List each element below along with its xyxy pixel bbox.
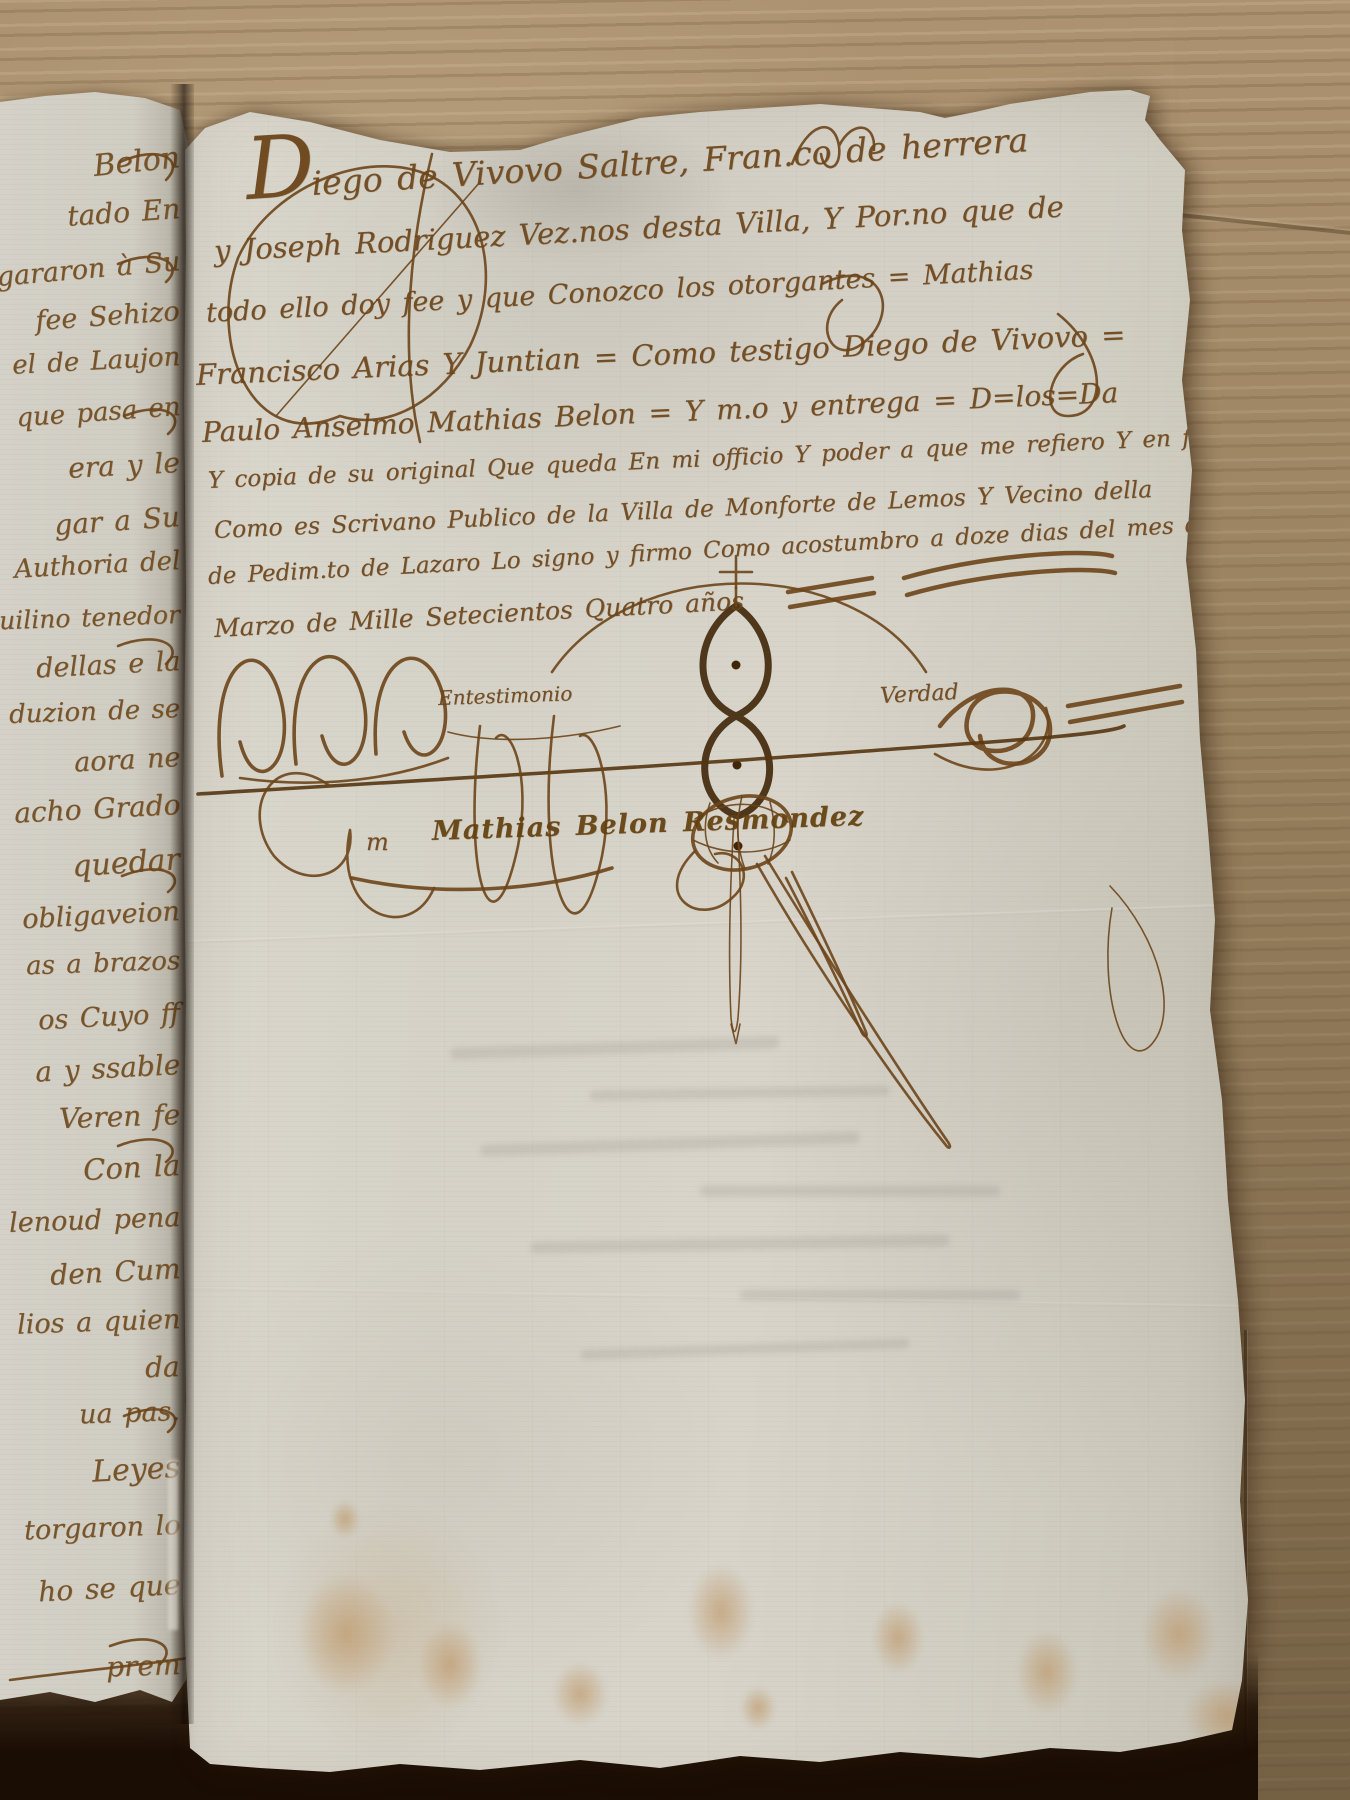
left-line-fragment: ho se que (37, 1568, 181, 1608)
left-line-fragment: fee Sehizo (35, 296, 181, 337)
stain (688, 1564, 754, 1660)
handwritten-line: Marzo de Mille Setecientos Quatro años (213, 586, 744, 643)
left-line-fragment: lenoud pena (8, 1202, 180, 1239)
left-line-fragment: gararon à Su (0, 246, 181, 293)
gutter-highlight (168, 1460, 178, 1630)
stain (1016, 1630, 1078, 1714)
left-line-fragment: era y le (67, 446, 180, 485)
stain (740, 1686, 776, 1730)
left-line-fragment: quilino tenedor (0, 600, 181, 636)
left-line-fragment: as a brazos (25, 946, 180, 981)
left-line-fragment: Veren fe (58, 1098, 180, 1135)
left-line-fragment: obligaveion (22, 896, 181, 935)
stain (872, 1602, 924, 1674)
left-line-fragment: aora ne (73, 742, 181, 779)
paper-crease (180, 1287, 1255, 1309)
left-page: Belon tado En gararon à Su fee Sehizo el… (0, 84, 190, 1800)
right-page: Diego de Vivovo Saltre, Fran.co de herre… (180, 86, 1255, 1800)
bleed-through-smudge (580, 1338, 910, 1360)
left-line-fragment: a y ssable (34, 1048, 181, 1089)
signature-mark: m (366, 828, 389, 856)
bleed-through-smudge (740, 1290, 1020, 1300)
stain (330, 1500, 360, 1538)
left-line-fragment: que pasa en (15, 392, 181, 433)
left-line-fragment: Belon (92, 140, 182, 184)
left-line-fragment: lios a quien (16, 1304, 180, 1341)
left-line-fragment: ua pas. (79, 1396, 181, 1431)
left-line-fragment: Con la (82, 1148, 181, 1187)
left-line-fragment: Authoria del (13, 546, 181, 585)
left-line-fragment: torgaron lo (23, 1510, 180, 1546)
bleed-through-smudge (700, 1186, 1000, 1196)
left-line-fragment: den Cum (49, 1252, 181, 1292)
bleed-through-smudge (450, 1036, 780, 1060)
bleed-through-smudge (530, 1234, 950, 1253)
stain (418, 1622, 482, 1708)
bleed-through-smudge (590, 1085, 890, 1100)
attestation-word-testimonio: Entestimonio (438, 681, 573, 710)
left-line-fragment: dellas e la (35, 646, 181, 685)
stain (298, 1574, 394, 1694)
attestation-word-verdad: Verdad (879, 680, 959, 709)
left-line-fragment: tado En (66, 192, 181, 233)
left-line-fragment: acho Grado (13, 788, 181, 830)
paper-crease (180, 903, 1254, 944)
manuscript-photo: { "main_page": { "lines": [ "Diego de Vi… (0, 0, 1350, 1800)
left-line-fragment: duzion de se (8, 694, 180, 730)
signature: Mathias Belon Resmondez (431, 801, 864, 847)
left-line-fragment: gar a Su (53, 500, 181, 542)
left-line-fragment: os Cuyo ff (37, 998, 180, 1036)
stain (552, 1662, 608, 1726)
left-line-fragment: quedar (71, 842, 181, 884)
handwritten-line: todo ello doy fee y que Conozco los otor… (205, 255, 1034, 329)
stain (1142, 1588, 1216, 1680)
bleed-through-smudge (480, 1131, 860, 1156)
left-line-fragment: el de Laujon (11, 342, 181, 381)
